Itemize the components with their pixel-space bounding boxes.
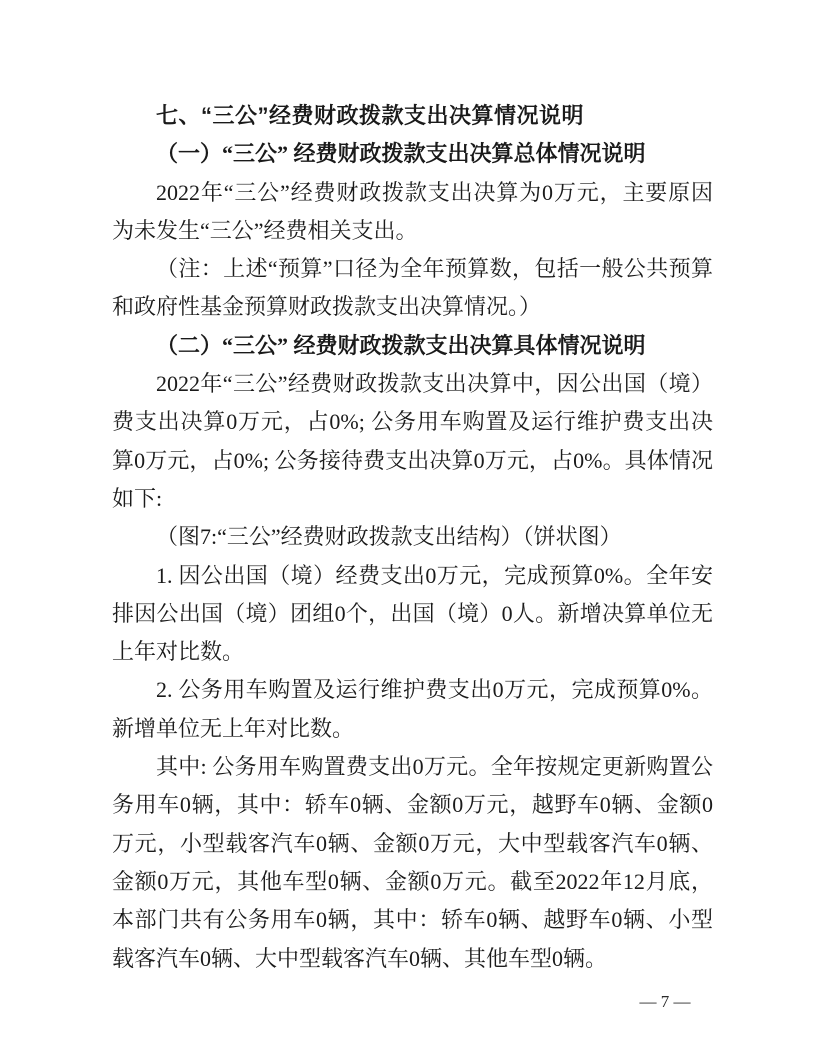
note-paragraph: （注：上述“预算”口径为全年预算数，包括一般公共预算和政府性基金预算财政拨款支出… <box>112 250 713 327</box>
figure-caption: （图7:“三公”经费财政拨款支出结构）（饼状图） <box>112 518 713 556</box>
subsection-detail-heading: （二）“三公” 经费财政拨款支出决算具体情况说明 <box>112 327 713 365</box>
document-content: 七、“三公”经费财政拨款支出决算情况说明 （一）“三公” 经费财政拨款支出决算总… <box>112 97 713 978</box>
item-vehicle-detail-paragraph: 其中: 公务用车购置费支出0万元。全年按规定更新购置公务用车0辆，其中：轿车0辆… <box>112 748 713 978</box>
item-vehicle-paragraph: 2. 公务用车购置及运行维护费支出0万元，完成预算0%。新增单位无上年对比数。 <box>112 671 713 748</box>
subsection-overall-heading: （一）“三公” 经费财政拨款支出决算总体情况说明 <box>112 135 713 173</box>
page-number: — 7 — <box>590 992 740 1012</box>
detail-intro-paragraph: 2022年“三公”经费财政拨款支出决算中，因公出国（境）费支出决算0万元，占0%… <box>112 365 713 518</box>
item-abroad-paragraph: 1. 因公出国（境）经费支出0万元，完成预算0%。全年安排因公出国（境）团组0个… <box>112 557 713 672</box>
section-heading: 七、“三公”经费财政拨款支出决算情况说明 <box>112 97 713 135</box>
document-page: 七、“三公”经费财政拨款支出决算情况说明 （一）“三公” 经费财政拨款支出决算总… <box>0 0 816 1056</box>
overall-paragraph: 2022年“三公”经费财政拨款支出决算为0万元，主要原因为未发生“三公”经费相关… <box>112 174 713 251</box>
